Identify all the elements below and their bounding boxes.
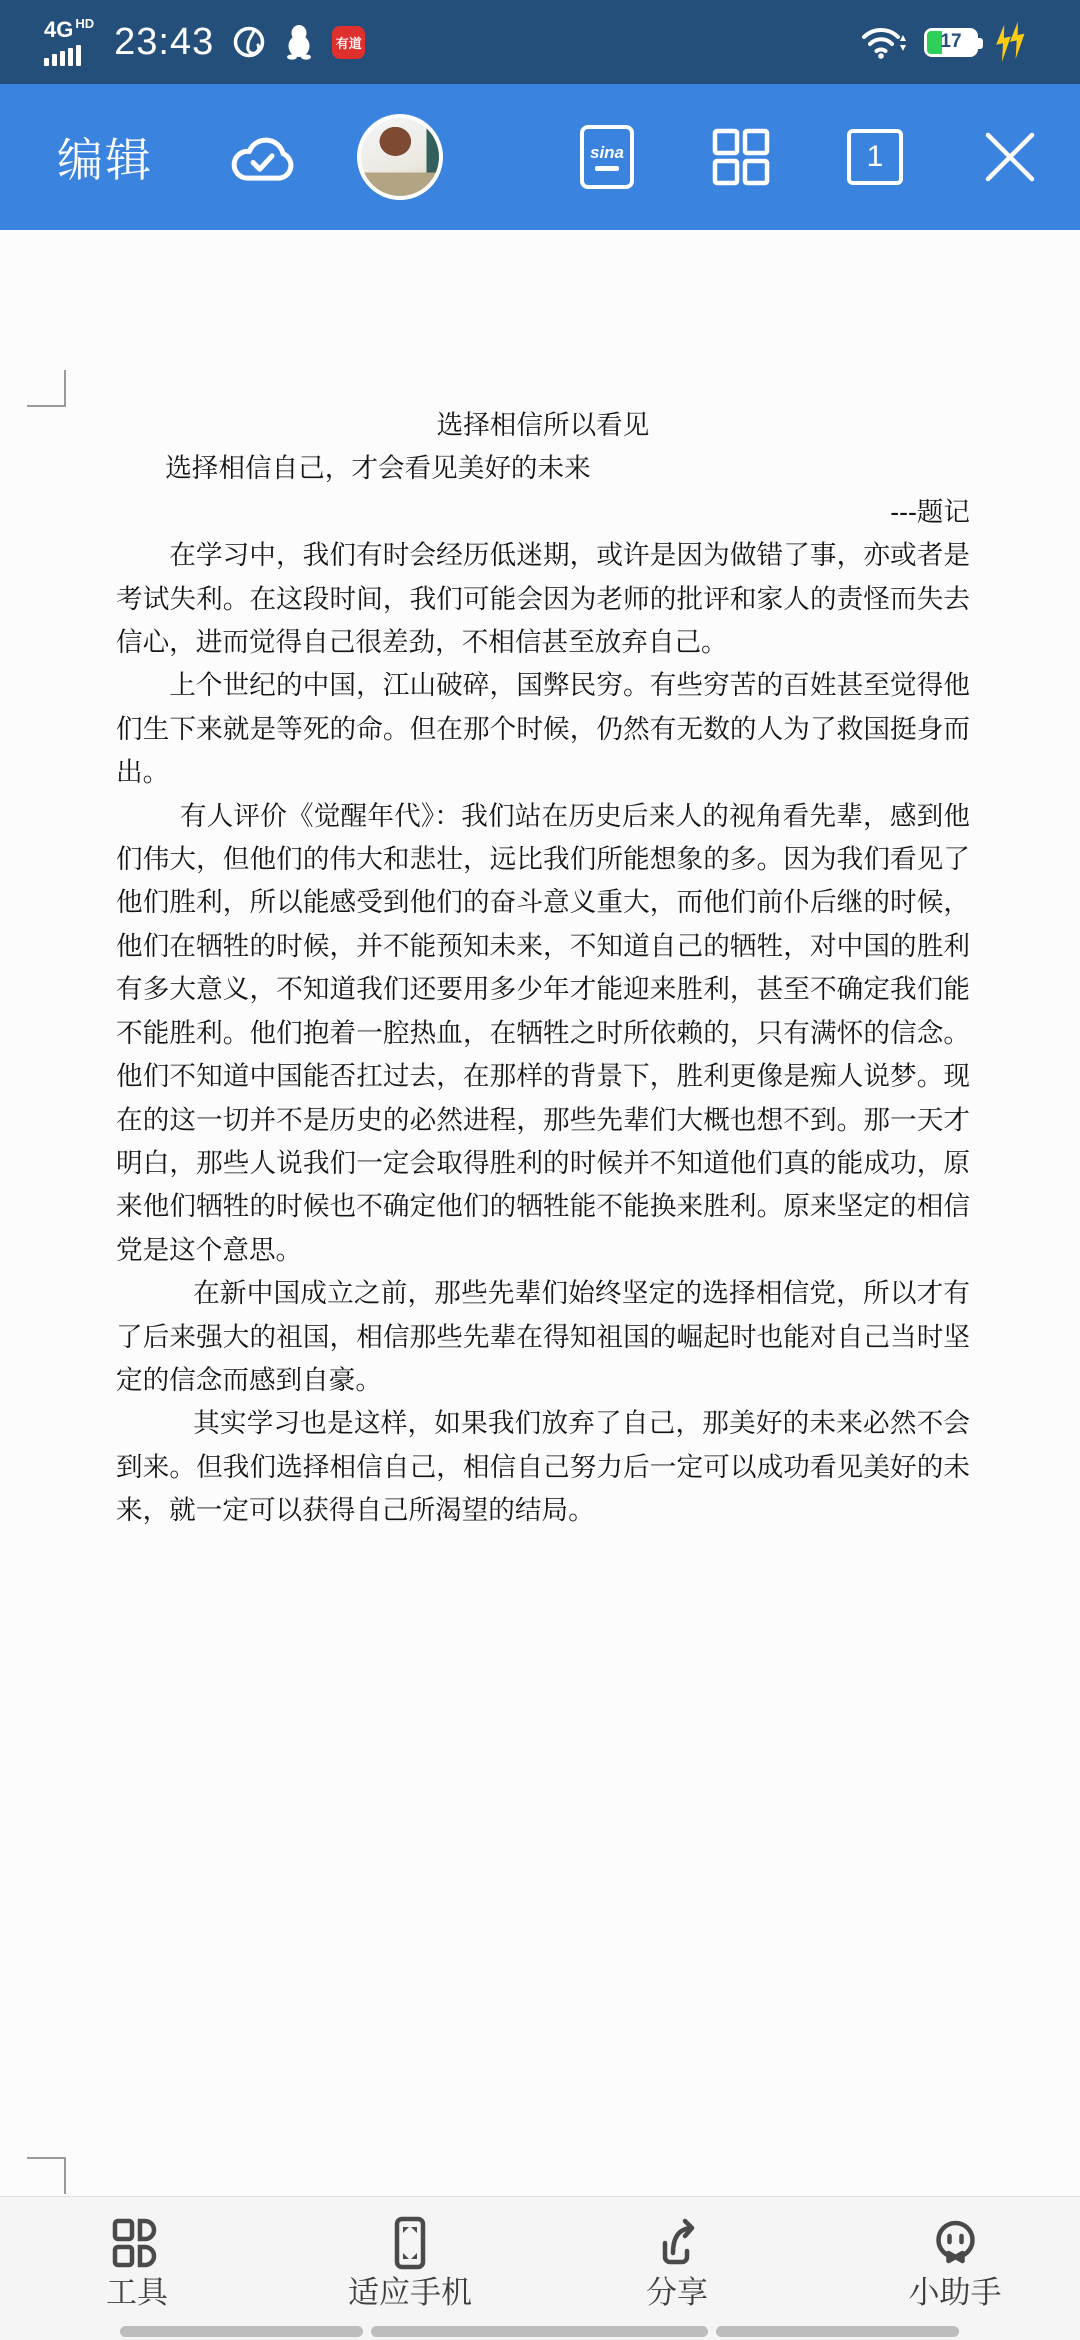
network-hd-badge: HD — [75, 17, 94, 30]
document-paragraph[interactable]: ---题记 — [116, 491, 970, 534]
share-button[interactable]: 分享 — [646, 2215, 708, 2308]
qq-icon — [284, 24, 314, 60]
sina-label: sina — [590, 144, 624, 161]
cellular-signal-icon: 4G HD — [44, 19, 94, 66]
tools-grid-icon — [109, 2215, 165, 2271]
page-margin-corner-bottom — [27, 2157, 66, 2194]
gesture-bar-segment[interactable] — [716, 2326, 959, 2337]
page-number-label: 1 — [867, 140, 884, 174]
fit-phone-button[interactable]: 适应手机 — [348, 2215, 472, 2308]
avatar[interactable] — [357, 114, 443, 200]
charging-bolt-icon — [992, 21, 1036, 63]
battery-indicator: 17 — [924, 28, 978, 57]
wifi-icon — [860, 24, 910, 60]
sina-document-icon[interactable]: sina — [580, 125, 634, 189]
status-bar: 4G HD 23:43 有道 — [0, 0, 1080, 84]
assistant-label: 小助手 — [909, 2277, 1002, 2308]
youdao-icon: 有道 — [332, 26, 365, 59]
document-page[interactable]: 选择相信所以看见选择相信自己，才会看见美好的未来---题记在学习中，我们有时会经… — [0, 230, 1080, 2196]
tools-button[interactable]: 工具 — [106, 2215, 168, 2308]
share-icon — [649, 2215, 705, 2271]
document-paragraph[interactable]: 有人评价《觉醒年代》：我们站在历史后来人的视角看先辈，感到他们伟大，但他们的伟大… — [116, 795, 970, 1272]
edit-mode-button[interactable]: 编辑 — [57, 124, 153, 190]
close-icon[interactable] — [983, 130, 1037, 184]
document-text: 选择相信所以看见选择相信自己，才会看见美好的未来---题记在学习中，我们有时会经… — [116, 404, 970, 1533]
gesture-bar-segment[interactable] — [120, 2326, 363, 2337]
assistant-button[interactable]: 小助手 — [909, 2215, 1002, 2308]
signal-bars-icon — [44, 45, 81, 66]
fit-phone-label: 适应手机 — [348, 2277, 472, 2308]
sina-underline — [595, 166, 619, 171]
document-paragraph[interactable]: 在学习中，我们有时会经历低迷期，或许是因为做错了事，亦或者是考试失利。在这段时间… — [116, 534, 970, 664]
assistant-icon — [927, 2215, 983, 2271]
bottom-toolbar: 工具 适应手机 分享 — [0, 2196, 1080, 2340]
clock-label: 23:43 — [114, 21, 214, 64]
battery-nub — [978, 38, 983, 49]
editor-toolbar: 编辑 sina 1 — [0, 84, 1080, 230]
screen: { "status_bar": { "network": "4G", "netw… — [0, 0, 1080, 2340]
document-paragraph[interactable]: 选择相信所以看见 — [116, 404, 970, 447]
document-paragraph[interactable]: 其实学习也是这样，如果我们放弃了自己，那美好的未来必然不会到来。但我们选择相信自… — [116, 1402, 970, 1532]
document-paragraph[interactable]: 选择相信自己，才会看见美好的未来 — [116, 447, 970, 490]
assistant-share-label: 分享 — [646, 2277, 708, 2308]
gesture-bar-segment[interactable] — [371, 2326, 708, 2337]
page-number-icon[interactable]: 1 — [847, 129, 903, 185]
netease-music-icon — [232, 25, 266, 59]
cloud-saved-icon[interactable] — [226, 127, 298, 187]
battery-percent-label: 17 — [940, 31, 961, 53]
page-margin-corner-top — [27, 370, 66, 407]
network-type-label: 4G — [44, 19, 73, 41]
tools-label: 工具 — [106, 2277, 168, 2308]
document-paragraph[interactable]: 在新中国成立之前，那些先辈们始终坚定的选择相信党，所以才有了后来强大的祖国，相信… — [116, 1272, 970, 1402]
fit-phone-icon — [382, 2215, 438, 2271]
document-paragraph[interactable]: 上个世纪的中国，江山破碎，国弊民穷。有些穷苦的百姓甚至觉得他们生下来就是等死的命… — [116, 664, 970, 794]
components-grid-icon[interactable] — [711, 127, 771, 187]
